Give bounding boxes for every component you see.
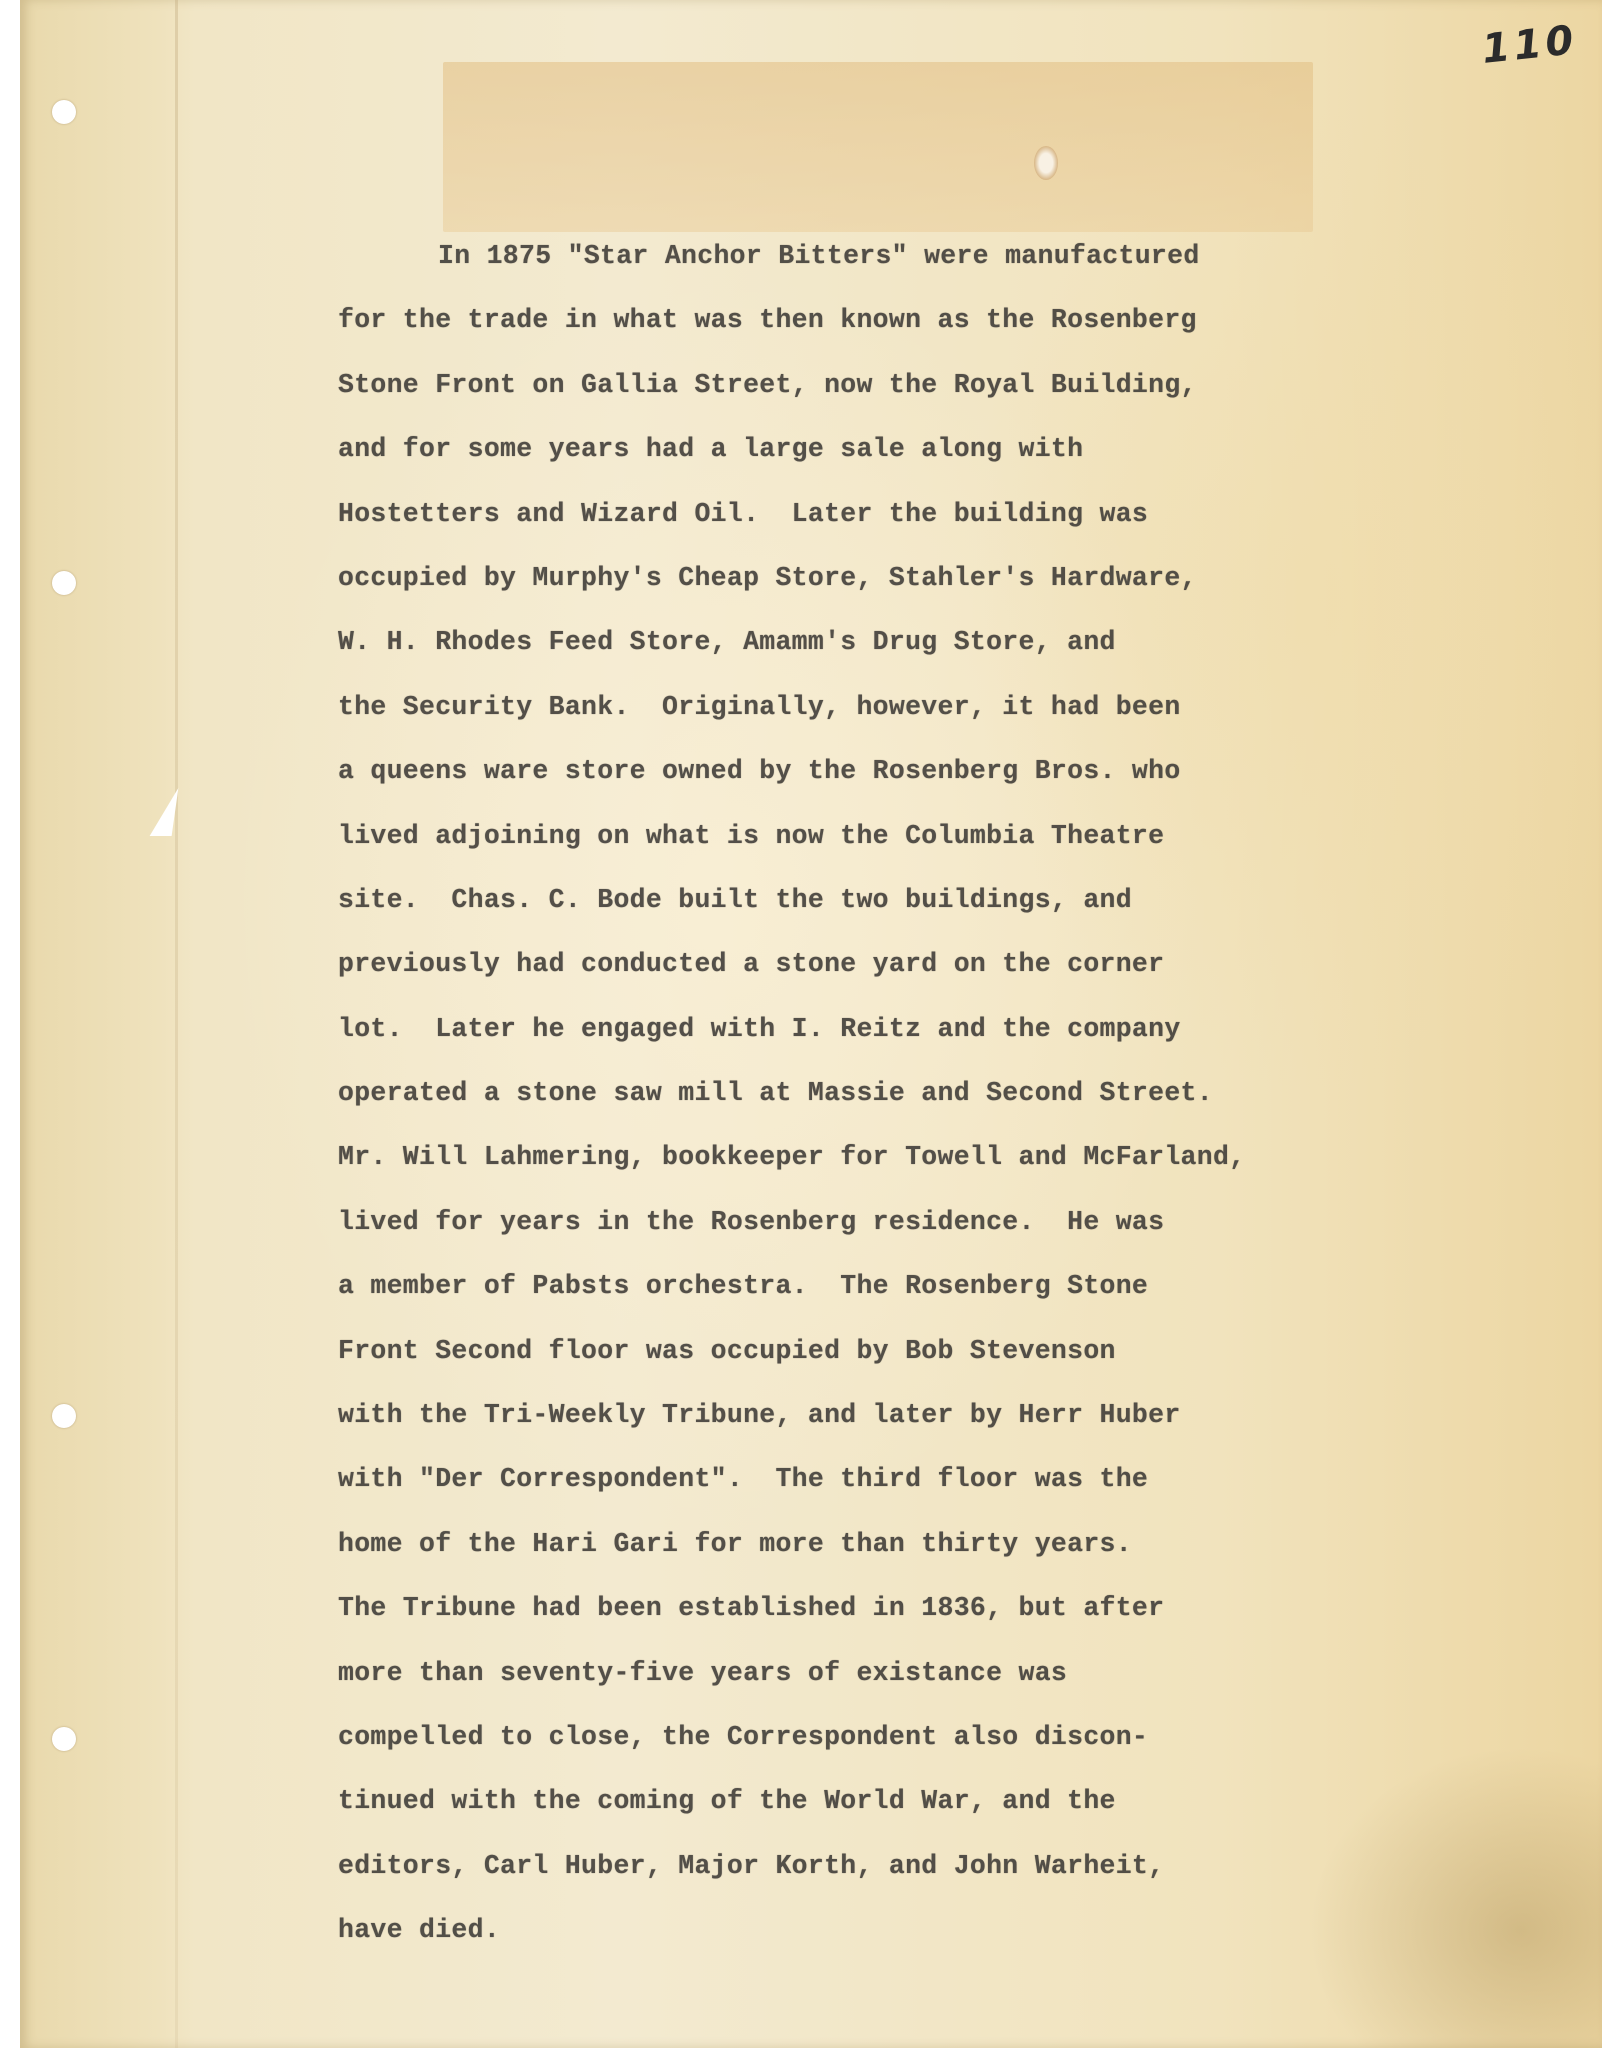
text-line: Mr. Will Lahmering, bookkeeper for Towel… — [338, 1139, 1418, 1203]
text-line: with the Tri-Weekly Tribune, and later b… — [338, 1397, 1418, 1461]
text-line: more than seventy-five years of existanc… — [338, 1655, 1418, 1719]
text-line: the Security Bank. Originally, however, … — [338, 689, 1418, 753]
punch-hole-icon — [52, 100, 76, 124]
text-line: editors, Carl Huber, Major Korth, and Jo… — [338, 1848, 1418, 1912]
punch-hole-icon — [52, 571, 76, 595]
text-line: lived adjoining on what is now the Colum… — [338, 818, 1418, 882]
text-line: lived for years in the Rosenberg residen… — [338, 1204, 1418, 1268]
text-line: a member of Pabsts orchestra. The Rosenb… — [338, 1268, 1418, 1332]
text-line: The Tribune had been established in 1836… — [338, 1590, 1418, 1654]
text-line: site. Chas. C. Bode built the two buildi… — [338, 882, 1418, 946]
text-line: have died. — [338, 1912, 1418, 1976]
text-line: Hostetters and Wizard Oil. Later the bui… — [338, 496, 1418, 560]
text-line: In 1875 "Star Anchor Bitters" were manuf… — [338, 238, 1418, 302]
text-line: lot. Later he engaged with I. Reitz and … — [338, 1011, 1418, 1075]
text-line: for the trade in what was then known as … — [338, 302, 1418, 366]
text-line: home of the Hari Gari for more than thir… — [338, 1526, 1418, 1590]
text-line: Stone Front on Gallia Street, now the Ro… — [338, 367, 1418, 431]
text-line: compelled to close, the Correspondent al… — [338, 1719, 1418, 1783]
punch-hole-icon — [52, 1404, 76, 1428]
text-line: operated a stone saw mill at Massie and … — [338, 1075, 1418, 1139]
text-line: Front Second floor was occupied by Bob S… — [338, 1333, 1418, 1397]
text-line: W. H. Rhodes Feed Store, Amamm's Drug St… — [338, 624, 1418, 688]
tape-hole-mark — [1034, 146, 1058, 180]
punch-hole-icon — [52, 1727, 76, 1751]
text-line: a queens ware store owned by the Rosenbe… — [338, 753, 1418, 817]
tape-stain — [443, 62, 1313, 232]
text-line: previously had conducted a stone yard on… — [338, 946, 1418, 1010]
text-line: and for some years had a large sale alon… — [338, 431, 1418, 495]
typewritten-body: In 1875 "Star Anchor Bitters" were manuf… — [338, 238, 1418, 1977]
text-line: occupied by Murphy's Cheap Store, Stahle… — [338, 560, 1418, 624]
paper-fold-crease — [175, 0, 178, 2048]
handwritten-page-number: 110 — [1480, 17, 1580, 73]
text-line: tinued with the coming of the World War,… — [338, 1783, 1418, 1847]
text-line: with "Der Correspondent". The third floo… — [338, 1461, 1418, 1525]
